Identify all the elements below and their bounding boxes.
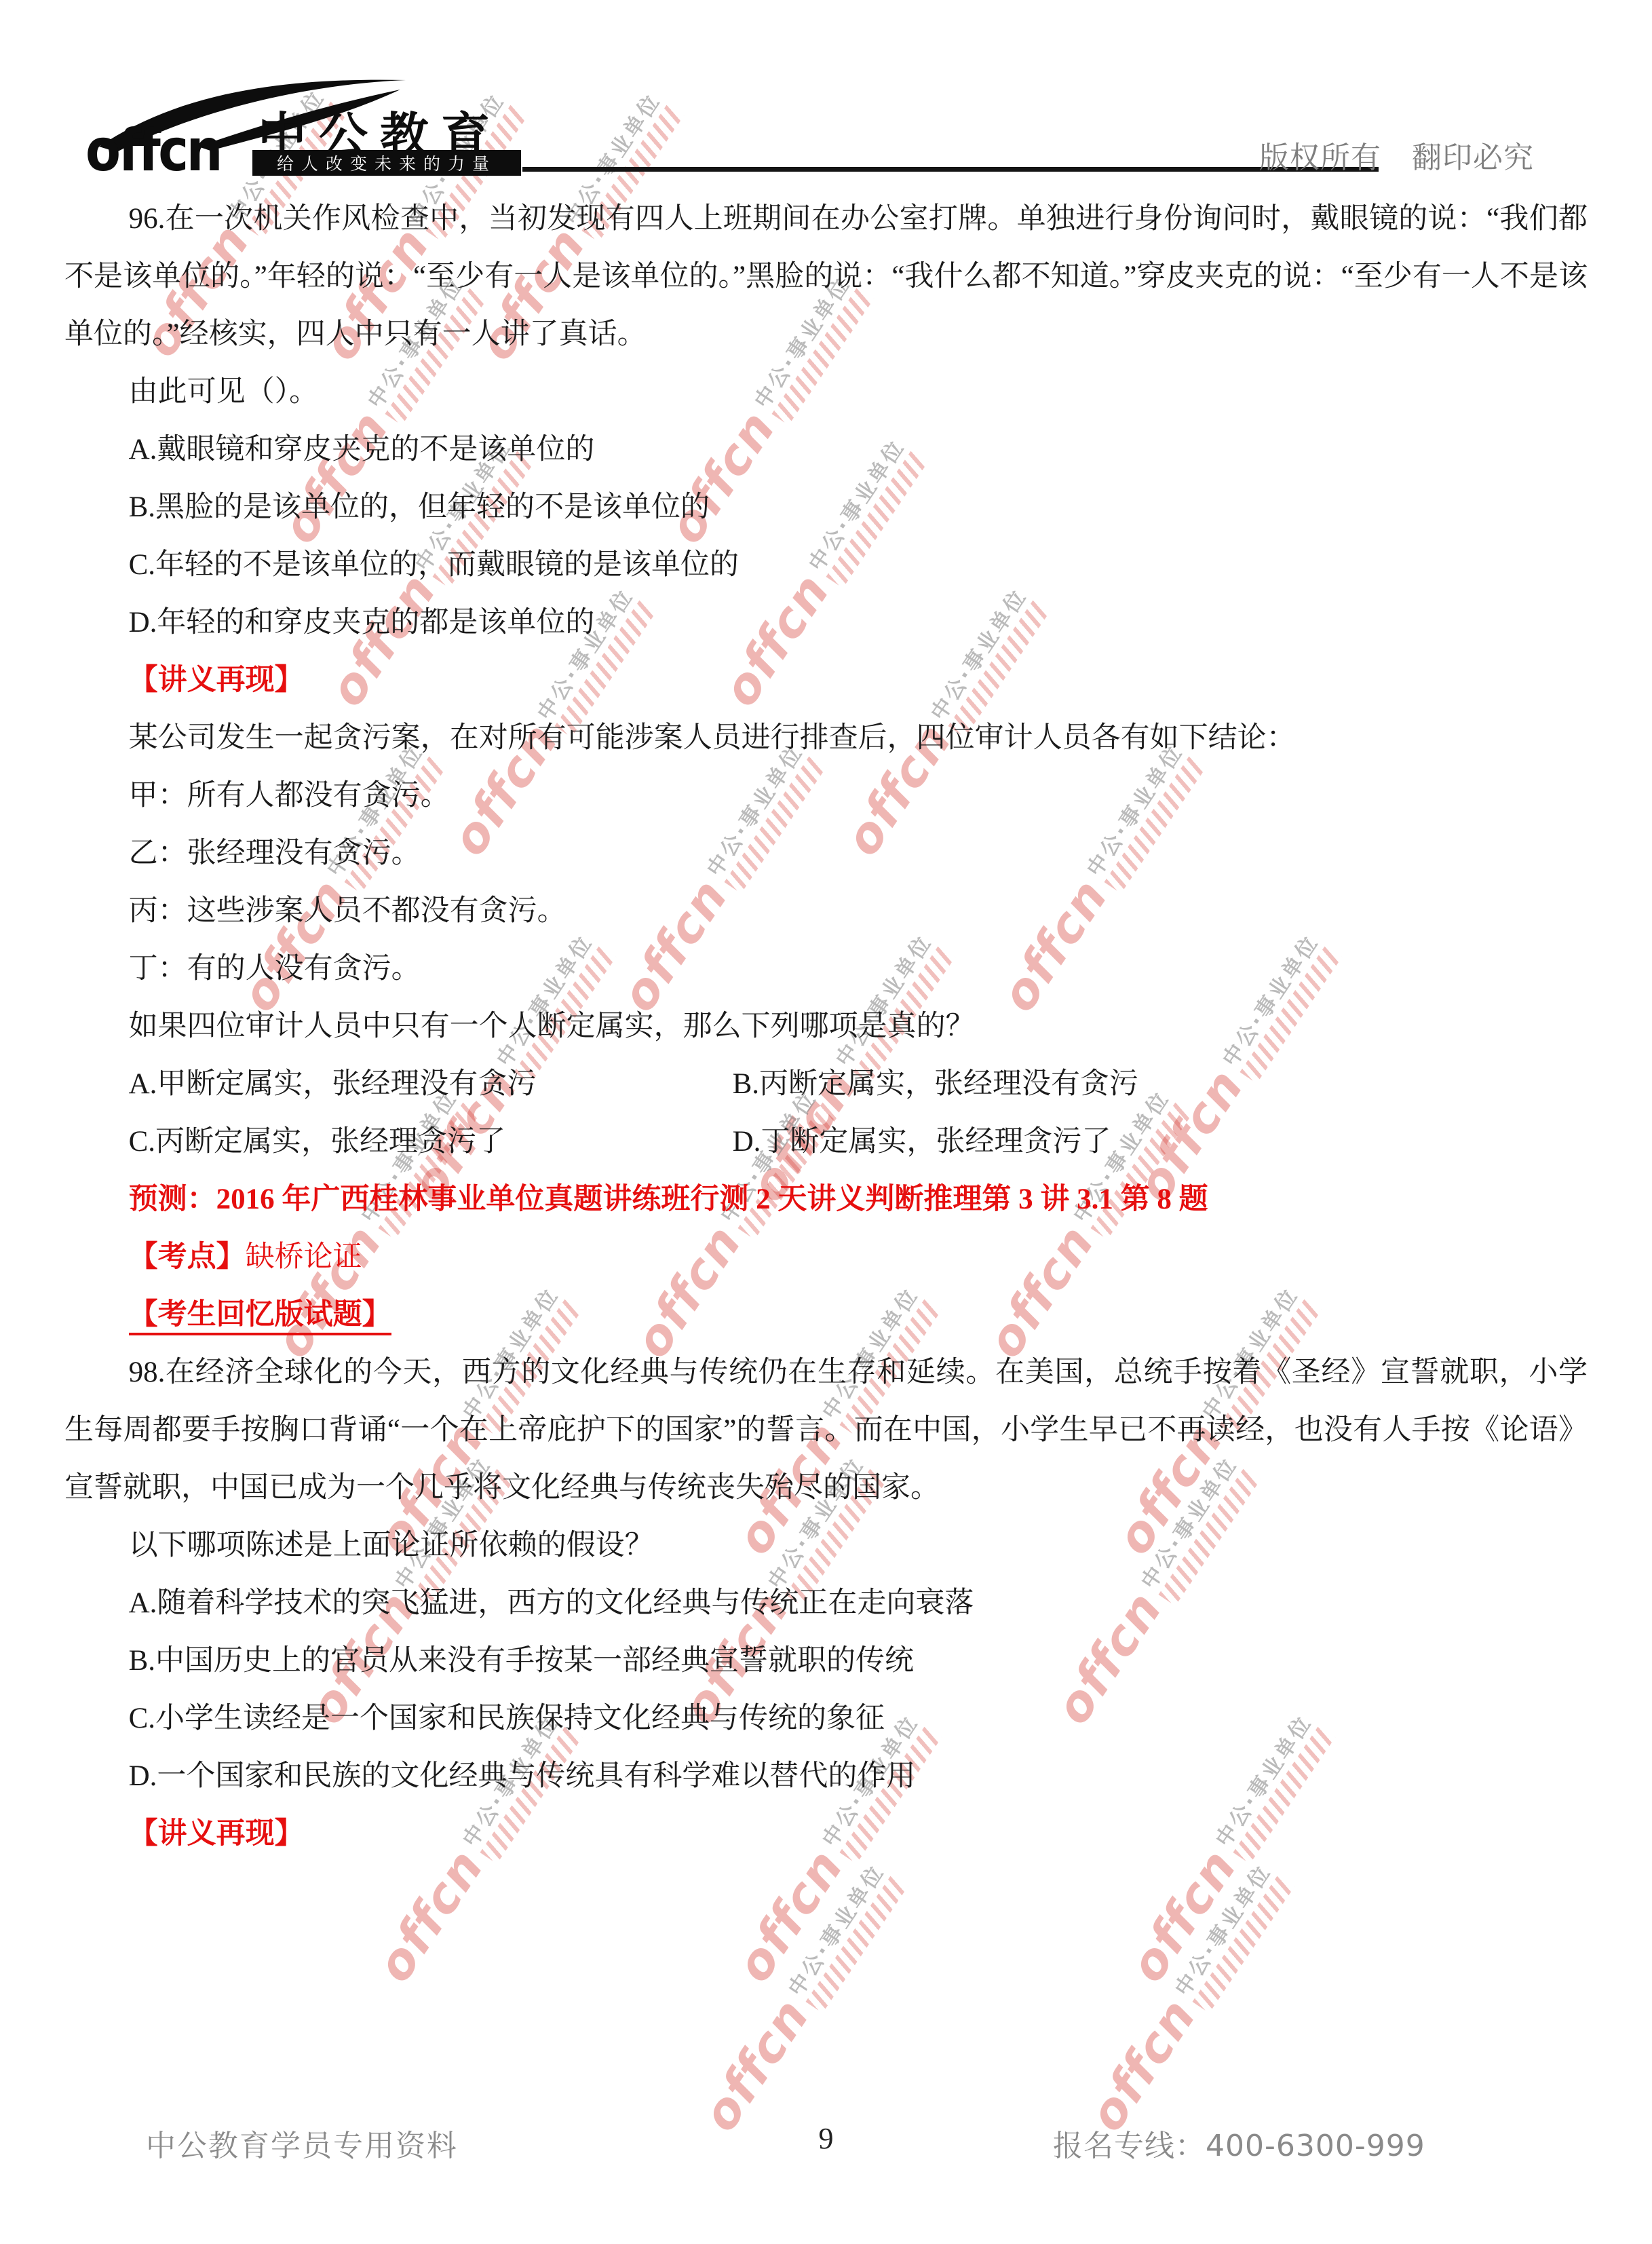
lecture1-passage: 某公司发生一起贪污案，在对所有可能涉案人员进行排查后，四位审计人员各有如下结论： (64, 709, 1588, 767)
q98-prompt: 以下哪项陈述是上面论证所依赖的假设？ (64, 1517, 1588, 1574)
q96-option-c: C.年轻的不是该单位的，而戴眼镜的是该单位的 (64, 536, 1588, 594)
exam-point-label: 【考点】 (129, 1241, 246, 1273)
exam-point-value: 缺桥论证 (246, 1241, 362, 1273)
watermark-offcn-text: offcn (691, 1988, 820, 2142)
q96-stem: 96.在一次机关作风检查中，当初发现有四人上班期间在办公室打牌。单独进行身份询问… (64, 190, 1588, 363)
document-body: 96.在一次机关作风检查中，当初发现有四人上班期间在办公室打牌。单独进行身份询问… (0, 0, 1652, 1863)
footer-hotline: 报名专线：400-6300-999 (1053, 2121, 1425, 2165)
watermark-stripes (805, 1875, 908, 2013)
q98-option-d: D.一个国家和民族的文化经典与传统具有科学难以替代的作用 (64, 1747, 1588, 1805)
lecture1-option-d: D.丁断定属实，张经理贪污了 (733, 1126, 1111, 1158)
lecture1-statement-ding: 丁：有的人没有贪污。 (64, 940, 1588, 997)
lecture1-option-a: A.甲断定属实，张经理没有贪污 (129, 1055, 733, 1113)
q98-option-b: B.中国历史上的官员从来没有手按某一部经典宣誓就职的传统 (64, 1632, 1588, 1690)
prediction-line: 预测：2016 年广西桂林事业单位真题讲练班行测 2 天讲义判断推理第 3 讲 … (64, 1171, 1588, 1228)
q98-stem: 98.在经济全球化的今天，西方的文化经典与传统仍在生存和延续。在美国，总统手按着… (64, 1344, 1588, 1517)
lecture1-heading: 【讲义再现】 (64, 651, 1588, 709)
q96-option-d: D.年轻的和穿皮夹克的都是该单位的 (64, 594, 1588, 651)
lecture1-statement-bing: 丙：这些涉案人员不都没有贪污。 (64, 882, 1588, 940)
lecture1-options-row-1: A.甲断定属实，张经理没有贪污B.丙断定属实，张经理没有贪污 (64, 1055, 1588, 1113)
lecture1-statement-jia: 甲：所有人都没有贪污。 (64, 767, 1588, 824)
watermark-cn-text: 中公·事业单位 (779, 1857, 890, 2000)
q98-option-a: A.随着科学技术的突飞猛进，西方的文化经典与传统正在走向衰落 (64, 1574, 1588, 1632)
lecture1-options-row-2: C.丙断定属实，张经理贪污了D.丁断定属实，张经理贪污了 (64, 1113, 1588, 1171)
watermark-cn-text: 中公·事业单位 (1166, 1857, 1277, 2000)
q96-prompt: 由此可见（）。 (64, 363, 1588, 421)
exam-point-line: 【考点】缺桥论证 (64, 1228, 1588, 1286)
watermark: offcn中公·事业单位 (1078, 1855, 1296, 2142)
document-page: offcn中公·事业单位offcn中公·事业单位offcn中公·事业单位offc… (0, 0, 1652, 2244)
q96-option-a: A.戴眼镜和穿皮夹克的不是该单位的 (64, 421, 1588, 478)
q98-option-c: C.小学生读经是一个国家和民族保持文化经典与传统的象征 (64, 1690, 1588, 1747)
watermark: offcn中公·事业单位 (691, 1855, 910, 2142)
lecture2-heading: 【讲义再现】 (64, 1805, 1588, 1863)
watermark-stripes (1192, 1875, 1294, 2013)
q96-option-b: B.黑脸的是该单位的，但年轻的不是该单位的 (64, 478, 1588, 536)
lecture1-option-b: B.丙断定属实，张经理没有贪污 (733, 1068, 1138, 1100)
lecture1-question: 如果四位审计人员中只有一个人断定属实，那么下列哪项是真的？ (64, 997, 1588, 1055)
lecture1-statement-yi: 乙：张经理没有贪污。 (64, 824, 1588, 882)
recall-heading: 【考生回忆版试题】 (64, 1286, 1588, 1344)
watermark-offcn-text: offcn (1078, 1988, 1207, 2142)
lecture1-option-c: C.丙断定属实，张经理贪污了 (129, 1113, 733, 1171)
